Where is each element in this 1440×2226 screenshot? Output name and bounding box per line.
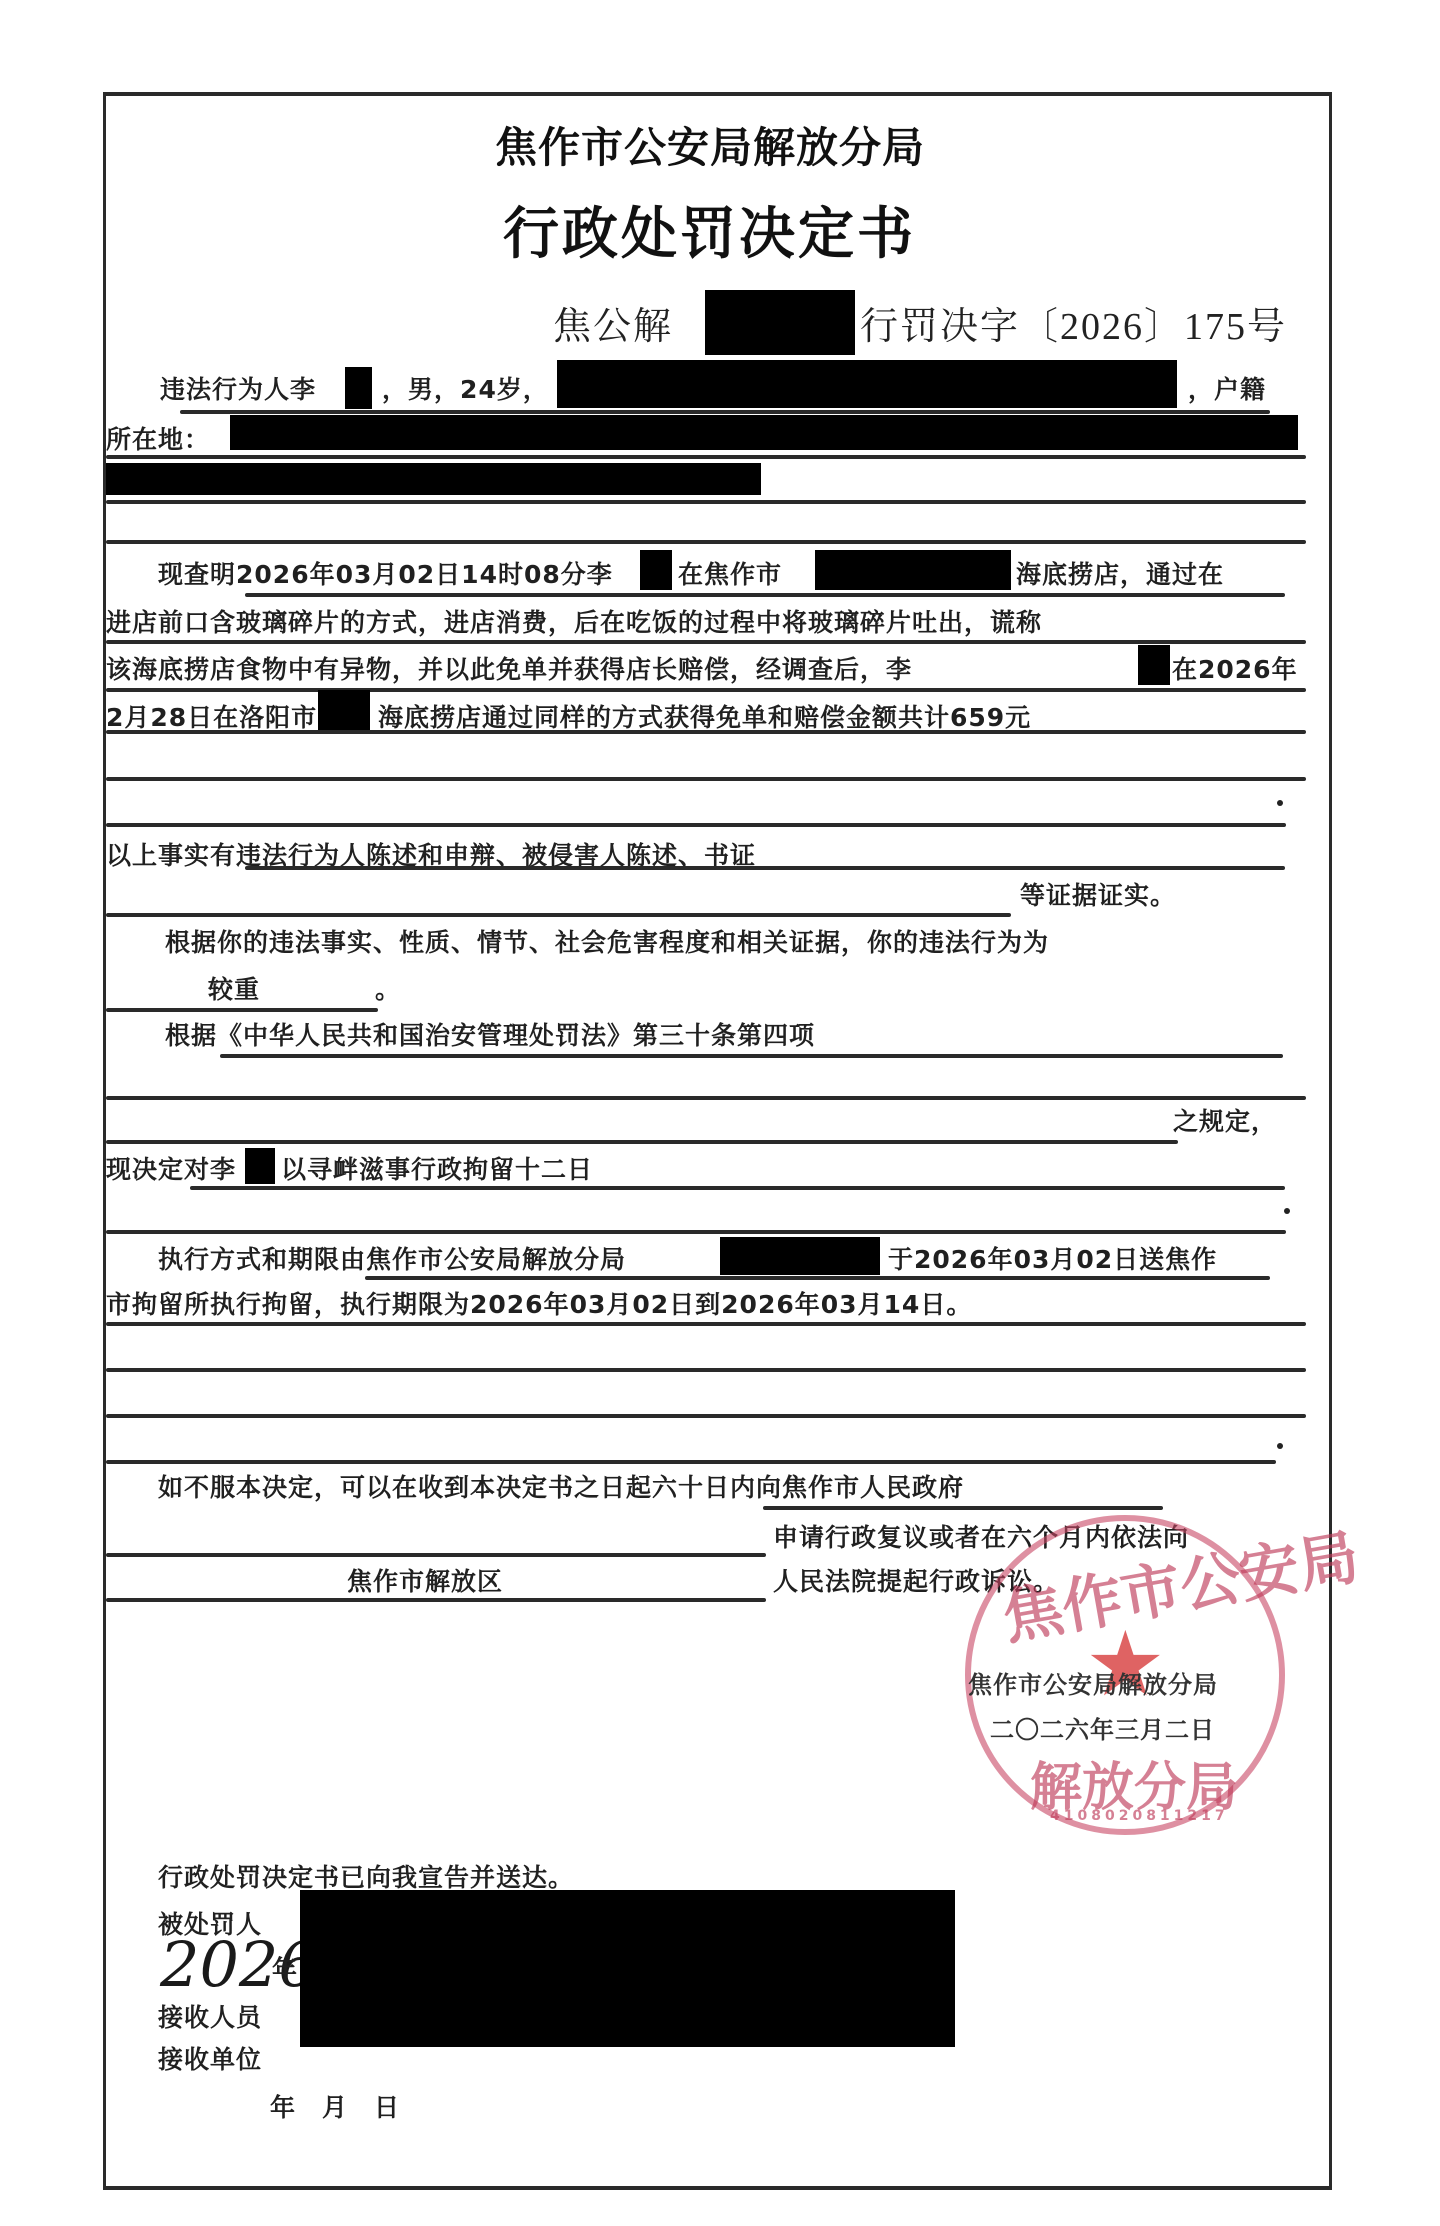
- underline: [106, 1096, 1306, 1100]
- receiver-label: 接收人员: [158, 1998, 262, 2034]
- underline: [106, 1368, 1306, 1372]
- underline: [106, 688, 1306, 692]
- offender-label: 违法行为人李: [160, 370, 316, 406]
- underline: [245, 593, 1285, 597]
- underline: [190, 1186, 1285, 1190]
- facts-line-1b: 在焦作市: [678, 555, 782, 591]
- redaction-box: [705, 290, 855, 355]
- date-blank: 年 月 日: [270, 2088, 400, 2124]
- underline: [763, 1506, 1163, 1510]
- household-label: ，户籍: [1188, 370, 1266, 406]
- underline: [106, 823, 1286, 827]
- execution-line-2: 市拘留所执行拘留，执行期限为2026年03月02日到2026年03月14日。: [106, 1285, 972, 1321]
- underline: [106, 455, 1306, 459]
- year-char: 年: [272, 1950, 298, 1986]
- underline: [180, 410, 1270, 414]
- facts-line-1c: 海底捞店，通过在: [1016, 555, 1224, 591]
- redaction-box: [318, 690, 370, 730]
- facts-line-3: 该海底捞店食物中有异物，并以此免单并获得店长赔偿，经调查后，李: [106, 650, 912, 686]
- underline: [106, 1008, 378, 1012]
- underline: [106, 1598, 766, 1602]
- punctuation-mark: [1277, 1443, 1283, 1449]
- document-title: 行政处罚决定书: [503, 190, 916, 270]
- severity-end: 。: [375, 970, 401, 1006]
- legal-basis-tail: 之规定，: [1173, 1102, 1277, 1138]
- facts-line-2: 进店前口含玻璃碎片的方式，进店消费，后在吃饭的过程中将玻璃碎片吐出，谎称: [106, 603, 1042, 639]
- offender-gender-age: ，男，24岁，: [382, 370, 549, 406]
- unit-label: 接收单位: [158, 2040, 262, 2076]
- appeal-line-1: 如不服本决定，可以在收到本决定书之日起六十日内向焦作市人民政府: [158, 1468, 964, 1504]
- seal-date: 二〇二六年三月二日: [990, 1710, 1215, 1745]
- seal-issuer: 焦作市公安局解放分局: [968, 1665, 1218, 1700]
- facts-line-4b: 海底捞店通过同样的方式获得免单和赔偿金额共计659元: [378, 698, 1031, 734]
- facts-line-4: 2月28日在洛阳市: [106, 698, 317, 734]
- execution-line-1b: 于2026年03月02日送焦作: [888, 1240, 1217, 1276]
- appeal-district: 焦作市解放区: [347, 1562, 503, 1598]
- underline: [106, 640, 1306, 644]
- redaction-box: [720, 1237, 880, 1275]
- punctuation-mark: [1284, 1208, 1290, 1214]
- underline: [106, 500, 1306, 504]
- redaction-box: [815, 550, 1011, 590]
- punctuation-mark: [1277, 800, 1283, 806]
- severity-value: 较重: [208, 970, 260, 1006]
- underline: [220, 1054, 1283, 1058]
- underline: [106, 1460, 1276, 1464]
- redaction-box: [345, 367, 372, 409]
- agency-title: 焦作市公安局解放分局: [495, 115, 925, 175]
- underline: [106, 1140, 1178, 1144]
- decision-lead: 现决定对李: [106, 1150, 236, 1186]
- doc-number-prefix: 焦公解: [553, 295, 673, 350]
- redaction-box: [557, 360, 1177, 408]
- redaction-box: [1138, 645, 1170, 685]
- address-label: 所在地：: [106, 420, 210, 456]
- facts-line-3b: 在2026年: [1172, 650, 1298, 686]
- underline: [106, 1322, 1306, 1326]
- underline: [106, 730, 1306, 734]
- redaction-box: [230, 415, 1298, 450]
- execution-line-1: 执行方式和期限由焦作市公安局解放分局: [158, 1240, 626, 1276]
- decision-penalty: 以寻衅滋事行政拘留十二日: [281, 1150, 593, 1186]
- legal-basis: 根据《中华人民共和国治安管理处罚法》第三十条第四项: [165, 1016, 815, 1052]
- underline: [106, 1230, 1286, 1234]
- seal-code: 4108020811217: [1050, 1808, 1229, 1824]
- underline: [106, 913, 1011, 917]
- assessment-text: 根据你的违法事实、性质、情节、社会危害程度和相关证据，你的违法行为为: [165, 923, 1049, 959]
- redaction-box: [245, 1148, 275, 1184]
- redaction-box: [106, 463, 761, 495]
- redaction-box: [640, 550, 672, 590]
- doc-number-suffix: 行罚决字〔2026〕175号: [860, 295, 1287, 350]
- underline: [245, 866, 1285, 870]
- underline: [365, 1276, 1270, 1280]
- underline: [106, 1553, 766, 1557]
- underline: [106, 540, 1306, 544]
- underline: [106, 777, 1306, 781]
- facts-line-1: 现查明2026年03月02日14时08分李: [158, 555, 613, 591]
- underline: [106, 1414, 1306, 1418]
- receipt-notice: 行政处罚决定书已向我宣告并送达。: [158, 1858, 574, 1894]
- redaction-box: [300, 1890, 955, 2047]
- evidence-tail: 等证据证实。: [1020, 876, 1176, 912]
